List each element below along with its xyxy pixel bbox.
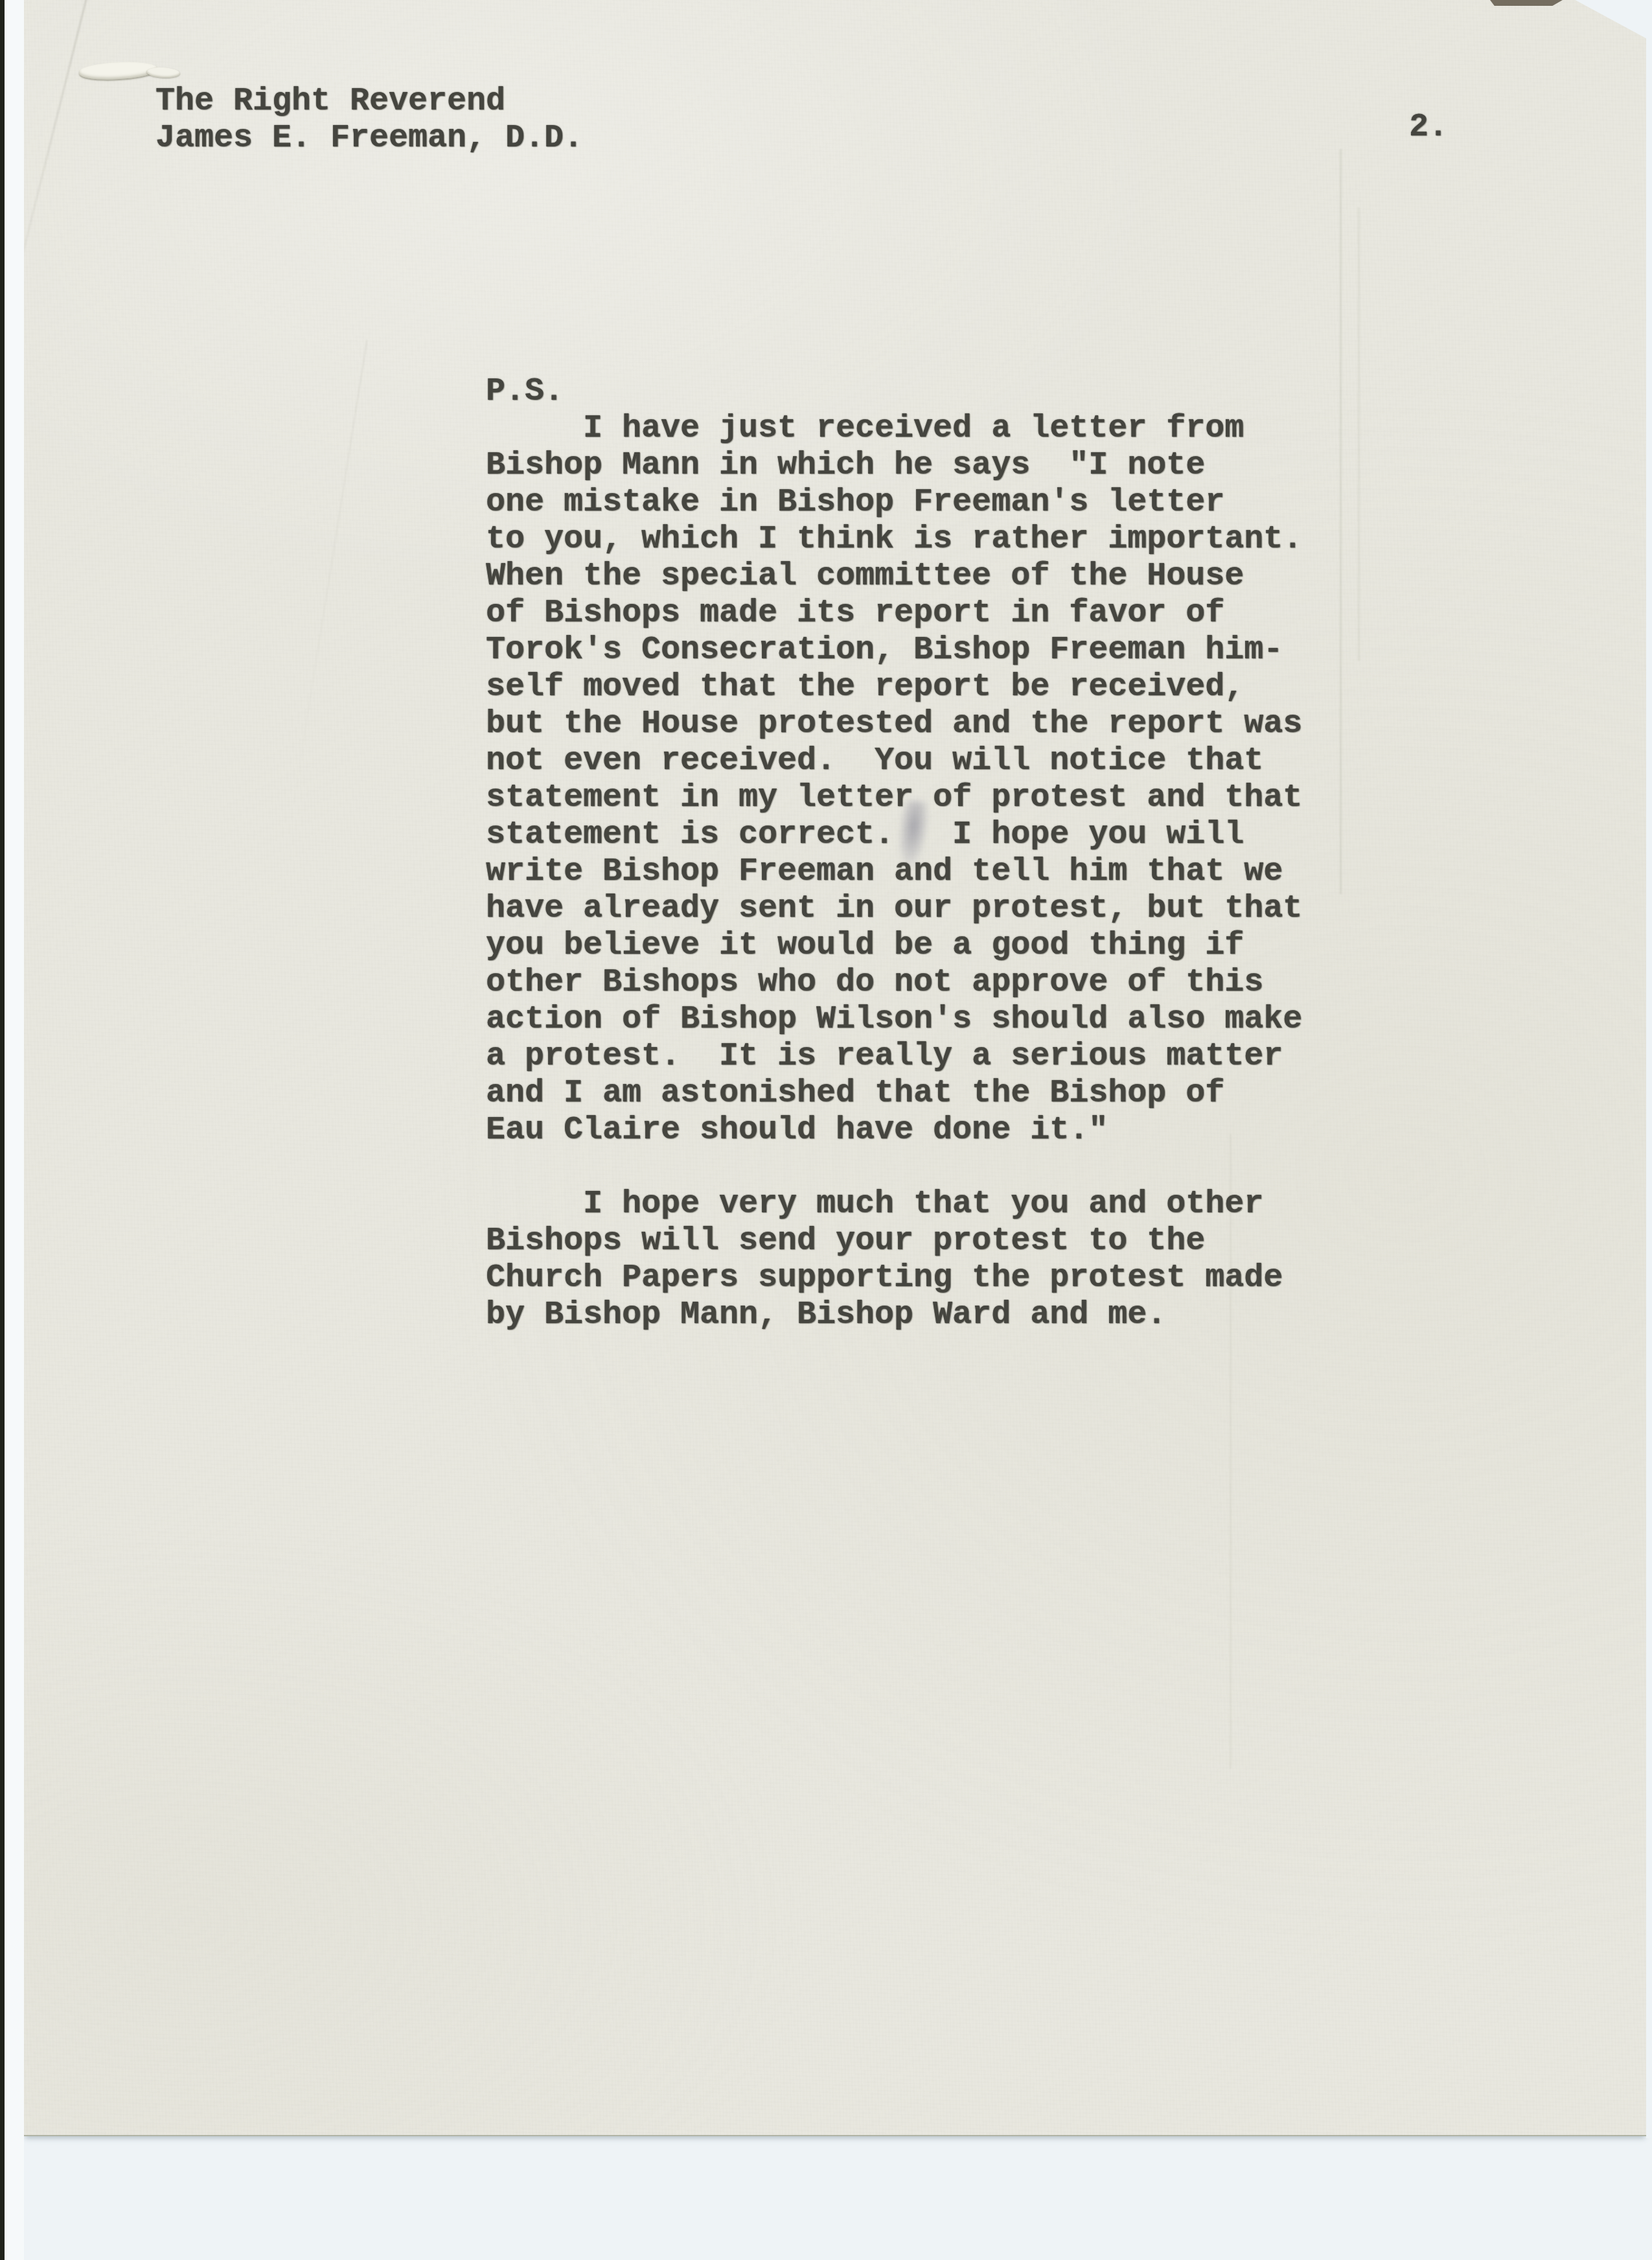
- recipient-header: The Right Reverend James E. Freeman, D.D…: [155, 83, 583, 157]
- postscript-paragraph-2: I hope very much that you and other Bish…: [486, 1186, 1283, 1333]
- scan-streak: [1340, 149, 1342, 894]
- page-number: 2.: [1409, 109, 1448, 146]
- recipient-header-line1: The Right Reverend: [155, 83, 505, 120]
- scanner-edge-dark-strip: [0, 0, 5, 2260]
- paper-crease: [290, 340, 368, 827]
- scanner-top-sliver: [1490, 0, 1563, 6]
- postscript-heading: P.S.: [486, 373, 564, 410]
- scanned-letter-page: The Right Reverend James E. Freeman, D.D…: [0, 0, 1652, 2260]
- paper-tear-mark-small: [146, 67, 181, 79]
- scanner-edge-right-strip: [1646, 0, 1652, 2138]
- postscript-paragraph-1: I have just received a letter from Bisho…: [486, 410, 1302, 1149]
- scanner-edge-white-strip: [5, 0, 24, 2260]
- recipient-header-line2: James E. Freeman, D.D.: [155, 120, 583, 157]
- scan-streak: [1358, 207, 1360, 661]
